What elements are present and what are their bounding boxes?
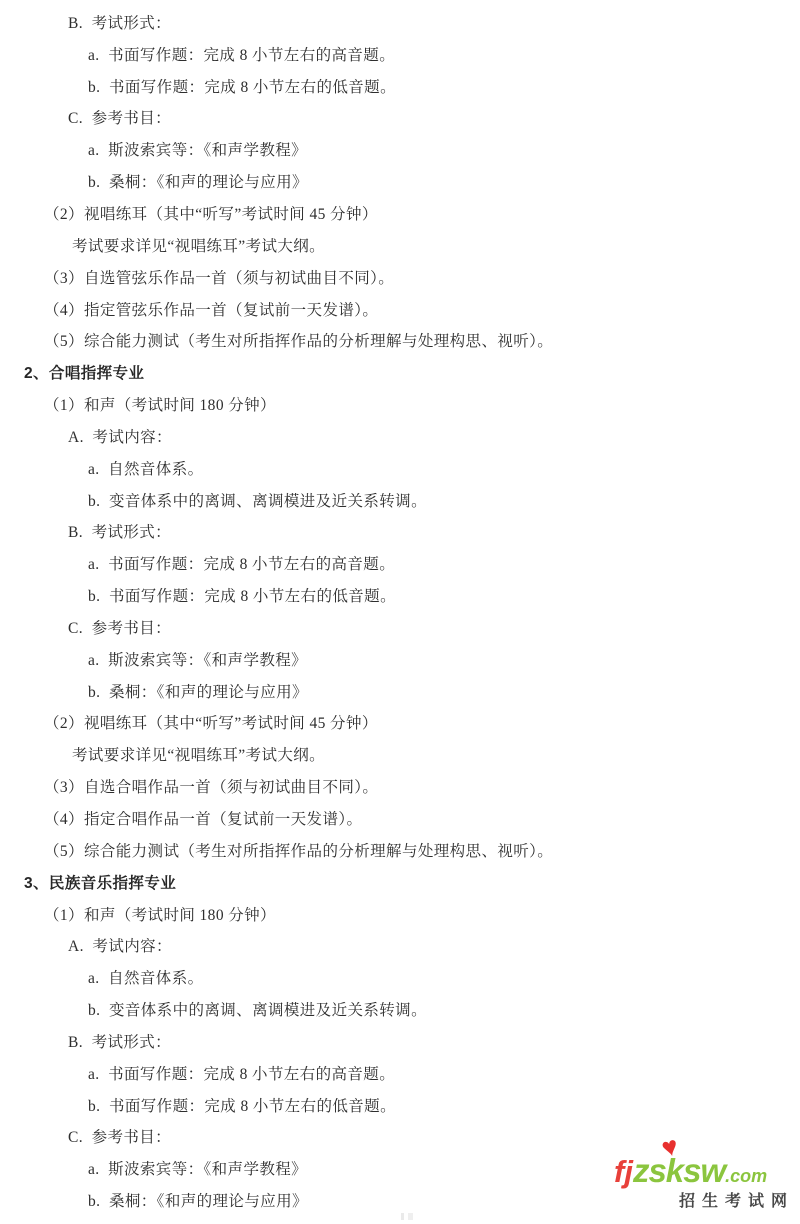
text-line: （5）综合能力测试（考生对所指挥作品的分析理解与处理构思、视听）。	[0, 324, 800, 356]
text-line: C. 参考书目：	[0, 611, 800, 643]
text-line: a. 书面写作题：完成 8 小节左右的高音题。	[0, 38, 800, 70]
site-wordmark-tld: .com	[725, 1166, 767, 1186]
text-line: b. 书面写作题：完成 8 小节左右的低音题。	[0, 70, 800, 102]
text-line: a. 自然音体系。	[0, 452, 800, 484]
text-line: b. 桑桐：《和声的理论与应用》	[0, 165, 800, 197]
text-line: b. 变音体系中的离调、离调模进及近关系转调。	[0, 993, 800, 1025]
document-body: B. 考试形式：a. 书面写作题：完成 8 小节左右的高音题。b. 书面写作题：…	[0, 6, 800, 1216]
text-line: （5）综合能力测试（考生对所指挥作品的分析理解与处理构思、视听）。	[0, 834, 800, 866]
text-line: a. 书面写作题：完成 8 小节左右的高音题。	[0, 547, 800, 579]
text-line: b. 桑桐：《和声的理论与应用》	[0, 675, 800, 707]
text-line: C. 参考书目：	[0, 102, 800, 134]
text-line: a. 书面写作题：完成 8 小节左右的高音题。	[0, 1057, 800, 1089]
text-line: （3）自选合唱作品一首（须与初试曲目不同）。	[0, 770, 800, 802]
section-heading: 2、合唱指挥专业	[0, 356, 800, 388]
text-line: B. 考试形式：	[0, 6, 800, 38]
section-heading: 3、民族音乐指挥专业	[0, 866, 800, 898]
text-line: （3）自选管弦乐作品一首（须与初试曲目不同）。	[0, 261, 800, 293]
site-wordmark-prefix: fj	[614, 1154, 633, 1189]
text-line: （1）和声（考试时间 180 分钟）	[0, 898, 800, 930]
site-wordmark-main: zsksw	[633, 1152, 725, 1189]
text-line: A. 考试内容：	[0, 929, 800, 961]
text-line: a. 斯波索宾等：《和声学教程》	[0, 133, 800, 165]
text-line: （4）指定管弦乐作品一首（复试前一天发谱）。	[0, 293, 800, 325]
text-line: A. 考试内容：	[0, 420, 800, 452]
text-line: B. 考试形式：	[0, 516, 800, 548]
site-wordmark: fjzsksw.com	[614, 1154, 767, 1187]
text-line: （1）和声（考试时间 180 分钟）	[0, 388, 800, 420]
text-line: 考试要求详见“视唱练耳”考试大纲。	[0, 738, 800, 770]
text-line: a. 自然音体系。	[0, 961, 800, 993]
page-number-artifact	[400, 1212, 414, 1221]
text-line: （4）指定合唱作品一首（复试前一天发谱）。	[0, 802, 800, 834]
text-line: a. 斯波索宾等：《和声学教程》	[0, 643, 800, 675]
text-line: （2）视唱练耳（其中“听写”考试时间 45 分钟）	[0, 707, 800, 739]
site-watermark: ♥ fjzsksw.com 招生考试网	[614, 1146, 794, 1216]
text-line: b. 变音体系中的离调、离调模进及近关系转调。	[0, 484, 800, 516]
text-line: 考试要求详见“视唱练耳”考试大纲。	[0, 229, 800, 261]
text-line: （2）视唱练耳（其中“听写”考试时间 45 分钟）	[0, 197, 800, 229]
text-line: b. 书面写作题：完成 8 小节左右的低音题。	[0, 579, 800, 611]
text-line: b. 书面写作题：完成 8 小节左右的低音题。	[0, 1089, 800, 1121]
site-subtitle: 招生考试网	[679, 1188, 794, 1211]
document-page: B. 考试形式：a. 书面写作题：完成 8 小节左右的高音题。b. 书面写作题：…	[0, 0, 800, 1224]
text-line: B. 考试形式：	[0, 1025, 800, 1057]
